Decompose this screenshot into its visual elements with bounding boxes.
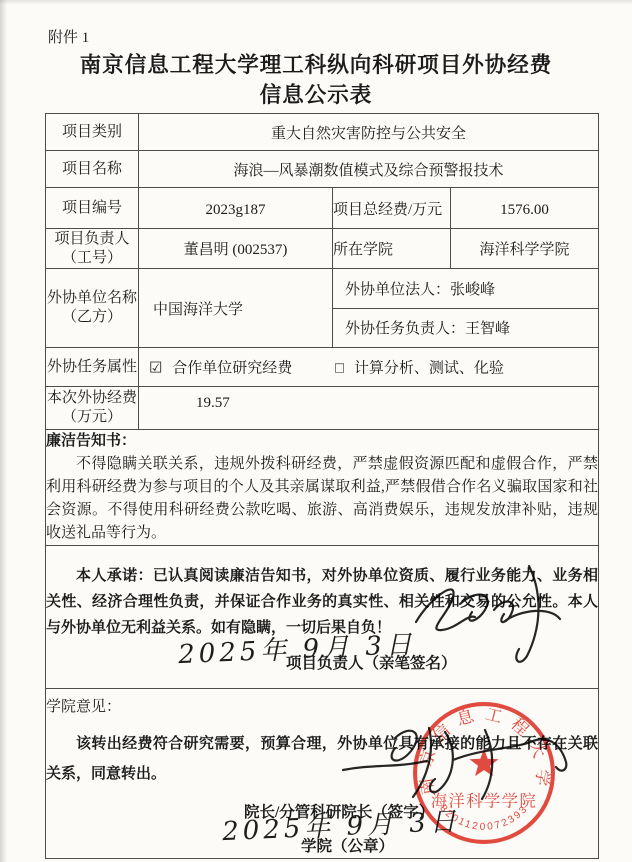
option-analysis-label: 计算分析、测试、化验 — [354, 361, 504, 377]
task-attribute-label: 外协任务属性 — [46, 348, 139, 387]
project-category-value: 重大自然灾害防控与公共安全 — [139, 114, 599, 151]
title-line-1: 南京信息工程大学理工科纵向科研项目外协经费 — [0, 50, 632, 80]
partner-unit-value: 中国海洋大学 — [139, 269, 333, 348]
attachment-label: 附件 1 — [48, 26, 89, 47]
integrity-heading: 廉洁告知书： — [46, 430, 598, 453]
option-cooperation-label: 合作单位研究经费 — [172, 361, 292, 377]
row-project-number: 项目编号 2023g187 项目总经费/万元 1576.00 — [46, 188, 599, 229]
row-current-fund: 本次外协经费 （万元） 19.57 — [46, 387, 599, 430]
row-project-name: 项目名称 海浪—风暴潮数值模式及综合预警报技术 — [46, 151, 599, 188]
project-leader-label-line2: （工号） — [46, 249, 138, 268]
row-project-leader: 项目负责人 （工号） 董昌明 (002537) 所在学院 海洋科学学院 — [46, 229, 599, 269]
row-project-category: 项目类别 重大自然灾害防控与公共安全 — [46, 114, 599, 151]
current-fund-label-line2: （万元） — [46, 408, 138, 427]
project-leader-label: 项目负责人 （工号） — [46, 229, 139, 269]
project-name-value: 海浪—风暴潮数值模式及综合预警报技术 — [139, 151, 599, 188]
project-leader-label-line1: 项目负责人 — [46, 230, 138, 249]
row-commitment: 本人承诺：已认真阅读廉洁告知书，对外协单位资质、履行业务能力、业务相关性、经济合… — [46, 546, 599, 689]
form-table: 项目类别 重大自然灾害防控与公共安全 项目名称 海浪—风暴潮数值模式及综合预警报… — [45, 113, 599, 859]
project-category-label: 项目类别 — [46, 114, 139, 151]
integrity-body: 不得隐瞒关联关系，违规外拨科研经费，严禁虚假资源匹配和虚假合作，严禁利用科研经费… — [46, 453, 598, 545]
unchecked-checkbox-icon: □ — [335, 361, 344, 378]
option-cooperation: ☑ 合作单位研究经费 — [149, 357, 292, 378]
integrity-notice-cell: 廉洁告知书： 不得隐瞒关联关系，违规外拨科研经费，严禁虚假资源匹配和虚假合作，严… — [46, 430, 599, 546]
total-fund-label: 项目总经费/万元 — [333, 188, 451, 229]
total-fund-value: 1576.00 — [451, 188, 599, 229]
project-number-label: 项目编号 — [46, 188, 139, 229]
opinion-heading: 学院意见： — [46, 696, 598, 719]
partner-task-leader: 外协任务负责人：王智峰 — [333, 309, 598, 348]
current-fund-label-line1: 本次外协经费 — [46, 389, 138, 408]
task-attribute-options: ☑ 合作单位研究经费 □ 计算分析、测试、化验 — [139, 348, 599, 387]
project-leader-value: 董昌明 (002537) — [139, 229, 333, 269]
row-partner-unit: 外协单位名称 （乙方） 中国海洋大学 外协单位法人：张峻峰 外协任务负责人：王智… — [46, 269, 599, 348]
partner-unit-label-line2: （乙方） — [46, 308, 138, 327]
current-fund-value: 19.57 — [139, 387, 599, 430]
title-line-2: 信息公示表 — [0, 80, 632, 110]
row-task-attribute: 外协任务属性 ☑ 合作单位研究经费 □ 计算分析、测试、化验 — [46, 348, 599, 387]
partner-unit-label-line1: 外协单位名称 — [46, 289, 138, 308]
partner-persons-cell: 外协单位法人：张峻峰 外协任务负责人：王智峰 — [333, 269, 599, 348]
row-integrity-notice: 廉洁告知书： 不得隐瞒关联关系，违规外拨科研经费，严禁虚假资源匹配和虚假合作，严… — [46, 430, 599, 546]
option-analysis: □ 计算分析、测试、化验 — [335, 357, 504, 378]
page-title: 南京信息工程大学理工科纵向科研项目外协经费 信息公示表 — [0, 50, 632, 110]
college-label: 所在学院 — [333, 229, 451, 269]
commitment-cell: 本人承诺：已认真阅读廉洁告知书，对外协单位资质、履行业务能力、业务相关性、经济合… — [46, 546, 599, 689]
scanned-form-page: 附件 1 南京信息工程大学理工科纵向科研项目外协经费 信息公示表 项目类别 重大… — [0, 0, 632, 862]
checked-checkbox-icon: ☑ — [149, 359, 162, 378]
college-value: 海洋科学学院 — [451, 229, 599, 269]
partner-unit-label: 外协单位名称 （乙方） — [46, 269, 139, 348]
partner-legal-person: 外协单位法人：张峻峰 — [333, 269, 598, 309]
current-fund-label: 本次外协经费 （万元） — [46, 387, 139, 430]
opinion-body: 该转出经费符合研究需要，预算合理，外协单位具有承接的能力且不存在关联关系，同意转… — [46, 729, 598, 789]
project-number-value: 2023g187 — [139, 188, 333, 229]
project-name-label: 项目名称 — [46, 151, 139, 188]
